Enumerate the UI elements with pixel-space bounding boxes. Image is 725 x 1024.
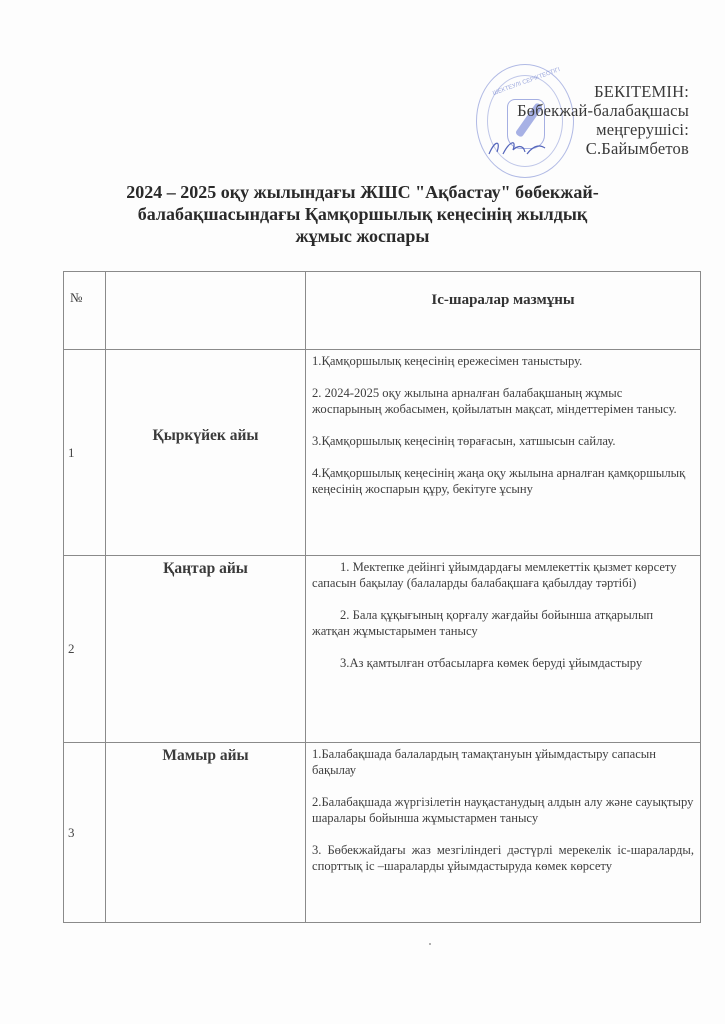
title-line-2: балабақшасындағы Қамқоршылық кеңесінің ж…	[60, 203, 665, 225]
approval-block: БЕКІТЕМІН: Бөбекжай-балабақшасы меңгеруш…	[517, 82, 689, 158]
activity-item: 1. Мектепке дейінгі ұйымдардағы мемлекет…	[312, 559, 694, 591]
activity-item: 2. Бала құқығының қорғалу жағдайы бойынш…	[312, 607, 694, 639]
row-month: Қаңтар айы	[106, 556, 306, 743]
row-month: Мамыр айы	[106, 743, 306, 923]
activity-item: 2. 2024-2025 оқу жылына арналған балабақ…	[312, 385, 694, 417]
scan-speck	[429, 943, 431, 945]
plan-table: № Іс-шаралар мазмұны 1 Қыркүйек айы 1.Қа…	[63, 271, 701, 923]
row-content: 1.Қамқоршылық кеңесінің ережесімен таныс…	[306, 350, 701, 556]
row-month: Қыркүйек айы	[106, 350, 306, 556]
document-page: ШЕКТЕУЛІ СЕРІКТЕСТІГІ БЕКІТЕМІН: Бөбекжа…	[0, 0, 725, 1024]
table-row: 2 Қаңтар айы 1. Мектепке дейінгі ұйымдар…	[64, 556, 701, 743]
title-line-1: 2024 – 2025 оқу жылындағы ЖШС "Ақбастау"…	[60, 181, 665, 203]
row-number: 3	[64, 743, 106, 923]
activity-item: 2.Балабақшада жүргізілетін науқастанудың…	[312, 794, 694, 826]
activity-item: 3.Қамқоршылық кеңесінің төрағасын, хатшы…	[312, 433, 694, 449]
activity-item: 1.Қамқоршылық кеңесінің ережесімен таныс…	[312, 353, 694, 369]
activity-item: 3. Бөбекжайдағы жаз мезгіліндегі дәстүрл…	[312, 842, 694, 874]
header-number: №	[64, 272, 106, 350]
approval-heading: БЕКІТЕМІН:	[517, 82, 689, 101]
title-line-3: жұмыс жоспары	[60, 225, 665, 247]
table-row: 1 Қыркүйек айы 1.Қамқоршылық кеңесінің е…	[64, 350, 701, 556]
table-header-row: № Іс-шаралар мазмұны	[64, 272, 701, 350]
activity-item: 1.Балабақшада балалардың тамақтануын ұйы…	[312, 746, 694, 778]
row-content: 1. Мектепке дейінгі ұйымдардағы мемлекет…	[306, 556, 701, 743]
header-month	[106, 272, 306, 350]
row-number: 1	[64, 350, 106, 556]
approval-name: С.Байымбетов	[517, 139, 689, 158]
document-title: 2024 – 2025 оқу жылындағы ЖШС "Ақбастау"…	[60, 181, 665, 247]
header-content: Іс-шаралар мазмұны	[306, 272, 701, 350]
activity-item: 4.Қамқоршылық кеңесінің жаңа оқу жылына …	[312, 465, 694, 497]
approval-org: Бөбекжай-балабақшасы	[517, 101, 689, 120]
table-row: 3 Мамыр айы 1.Балабақшада балалардың там…	[64, 743, 701, 923]
row-number: 2	[64, 556, 106, 743]
activity-item: 3.Аз қамтылған отбасыларға көмек беруді …	[312, 655, 694, 671]
row-content: 1.Балабақшада балалардың тамақтануын ұйы…	[306, 743, 701, 923]
approval-position: меңгерушісі:	[517, 120, 689, 139]
